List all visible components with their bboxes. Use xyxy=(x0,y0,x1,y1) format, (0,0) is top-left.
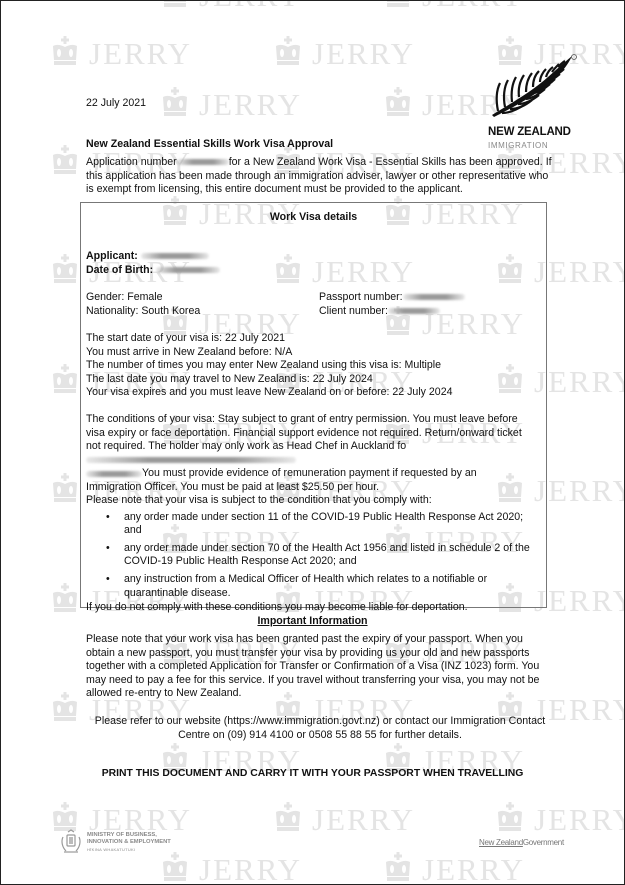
print-notice: PRINT THIS DOCUMENT AND CARRY IT WITH YO… xyxy=(1,767,624,781)
compliance-list: any order made under section 11 of the C… xyxy=(86,511,541,601)
redacted-employer-cont xyxy=(86,471,142,477)
visa-date-line: The start date of your visa is: 22 July … xyxy=(86,332,541,346)
letter-date: 22 July 2021 xyxy=(86,97,146,111)
contact-info: Please refer to our website (https://www… xyxy=(80,715,560,742)
nationality: Nationality: South Korea xyxy=(86,305,319,319)
logo-line-2: IMMIGRATION xyxy=(488,139,578,153)
mbie-logo: MINISTRY OF BUSINESS, INNOVATION & EMPLO… xyxy=(59,829,171,855)
mbie-line-2: INNOVATION & EMPLOYMENT xyxy=(87,839,171,846)
conditions-text-1: The conditions of your visa: Stay subjec… xyxy=(86,413,522,452)
visa-dates: The start date of your visa is: 22 July … xyxy=(86,332,541,400)
visa-conditions: The conditions of your visa: Stay subjec… xyxy=(86,413,534,495)
compliance-section: Please note that your visa is subject to… xyxy=(86,494,541,615)
logo-line-1: NEW ZEALAND xyxy=(488,126,578,140)
redacted-dob xyxy=(156,267,220,273)
redacted-passport-number xyxy=(403,294,465,300)
gender: Gender: Female xyxy=(86,291,319,305)
applicant-block: Applicant: Date of Birth: xyxy=(86,250,541,277)
important-info-title: Important Information xyxy=(1,615,624,629)
mbie-line-1: MINISTRY OF BUSINESS, xyxy=(87,832,171,839)
document-content: 22 July 2021 xyxy=(1,1,624,884)
document-page: JERRYJERRYJERRYJERRYJERRYJERRYJERRYJERRY… xyxy=(0,0,625,885)
visa-date-line: You must arrive in New Zealand before: N… xyxy=(86,346,541,360)
redacted-employer xyxy=(86,457,296,463)
conditions-text-2: You must provide evidence of remuneratio… xyxy=(86,467,477,493)
compliance-item: any order made under section 70 of the H… xyxy=(86,542,541,569)
mbie-line-3: HĪKINA WHAKATUTUKI xyxy=(87,846,171,853)
coat-of-arms-icon xyxy=(59,829,83,855)
compliance-warning: If you do not comply with these conditio… xyxy=(86,601,541,615)
client-label: Client number: xyxy=(319,305,388,317)
visa-date-line: Your visa expires and you must leave New… xyxy=(86,386,541,400)
redacted-applicant-name xyxy=(141,253,209,259)
compliance-item: any instruction from a Medical Officer o… xyxy=(86,573,541,600)
work-visa-details-box: Work Visa details Applicant: Date of Bir… xyxy=(80,202,547,608)
compliance-item: any order made under section 11 of the C… xyxy=(86,511,541,538)
visa-date-line: The number of times you may enter New Ze… xyxy=(86,359,541,373)
intro-prefix: Application number xyxy=(86,156,177,168)
silver-fern-icon xyxy=(488,53,578,119)
intro-paragraph: Application numberfor a New Zealand Work… xyxy=(86,156,556,197)
redacted-client-number xyxy=(388,308,440,314)
important-info-body: Please note that your work visa has been… xyxy=(86,633,554,701)
nzgov-part-2: Government xyxy=(523,838,564,847)
dob-label: Date of Birth: xyxy=(86,264,153,276)
applicant-label: Applicant: xyxy=(86,250,138,262)
box-title: Work Visa details xyxy=(81,211,546,225)
nzgov-part-1: New Zealand xyxy=(479,838,523,847)
letter-title: New Zealand Essential Skills Work Visa A… xyxy=(86,138,333,152)
passport-label: Passport number: xyxy=(319,291,403,303)
compliance-intro: Please note that your visa is subject to… xyxy=(86,494,541,508)
nz-immigration-logo: NEW ZEALAND IMMIGRATION xyxy=(488,53,578,153)
visa-date-line: The last date you may travel to New Zeal… xyxy=(86,373,541,387)
redacted-application-number xyxy=(177,159,229,165)
nz-government-logo: New ZealandGovernment xyxy=(479,836,564,850)
personal-info: Gender: Female Nationality: South Korea … xyxy=(86,291,541,318)
